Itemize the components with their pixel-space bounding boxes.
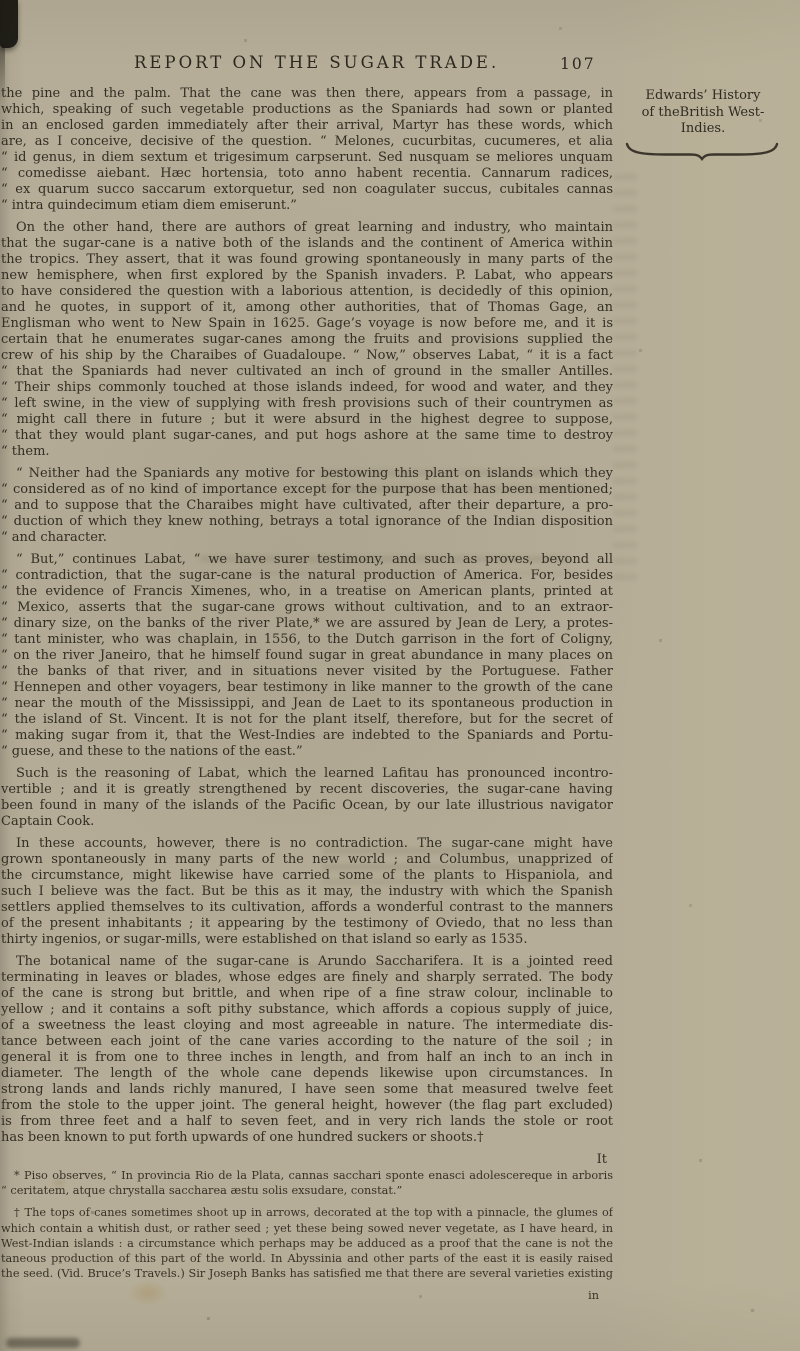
text-line: “ Neither had the Spaniards any motive f… [1,466,613,482]
text-line: Englisman who went to New Spain in 1625.… [1,316,613,332]
page-title: REPORT ON THE SUGAR TRADE. [134,53,499,72]
text-line: such I believe was the fact. But be this… [1,884,613,900]
paragraph: the pine and the palm. That the cane was… [1,86,613,214]
ink-bleedthrough [613,170,637,590]
text-line: the tropics. They assert, that it was fo… [1,252,613,268]
text-line: settlers applied themselves to its culti… [1,900,613,916]
text-line: and he quotes, in support of it, among o… [1,300,613,316]
text-line: “ left swine, in the view of supplying w… [1,396,613,412]
text-line: “ intra quindecimum etiam diem emiserunt… [1,198,613,214]
text-line: which, speaking of such vegetable produc… [1,102,613,118]
text-line: to have considered the question with a l… [1,284,613,300]
text-line: “ the evidence of Francis Ximenes, who, … [1,584,613,600]
text-line: On the other hand, there are authors of … [1,220,613,236]
paragraph: On the other hand, there are authors of … [1,220,613,460]
footnotes: * Piso observes, “ In provincia Rio de l… [1,1168,613,1304]
text-line: crew of his ship by the Charaibes of Gua… [1,348,613,364]
text-line: the pine and the palm. That the cane was… [1,86,613,102]
margin-brace-icon [624,141,780,161]
margin-note: Edwards’ History of theBritish West- Ind… [614,88,792,138]
body-text: the pine and the palm. That the cane was… [1,86,613,1168]
scan-corner-artifact [0,0,18,48]
text-line: “ dinary size, on the banks of the river… [1,616,613,632]
text-line: “ near the mouth of the Mississippi, and… [1,696,613,712]
text-line: of a sweetness the least cloying and mos… [1,1018,613,1034]
footnote-line: West-Indian islands : a circumstance whi… [1,1236,613,1251]
text-line: Captain Cook. [1,814,613,830]
text-line: tance between each joint of the cane var… [1,1034,613,1050]
page-number: 107 [560,55,596,73]
margin-note-line: Indies. [614,121,792,138]
footnote-catchword: in [1,1288,613,1303]
text-line: In these accounts, however, there is no … [1,836,613,852]
text-line: the circumstance, might likewise have ca… [1,868,613,884]
text-line: grown spontaneously in many parts of the… [1,852,613,868]
text-line: been found in many of the islands of the… [1,798,613,814]
body-catchword: It [1,1152,613,1168]
footnote-line: the seed. (Vid. Bruce’s Travels.) Sir Jo… [1,1266,613,1281]
text-line: terminating in leaves or blades, whose e… [1,970,613,986]
text-line: “ that the Spaniards had never cultivate… [1,364,613,380]
text-line: “ Mexico, asserts that the sugar-cane gr… [1,600,613,616]
text-line: strong lands and lands richly manured, I… [1,1082,613,1098]
footnote-line: “ ceritatem, atque chrystalla saccharea … [1,1183,613,1198]
text-line: “ and to suppose that the Charaibes migh… [1,498,613,514]
margin-note-line: of theBritish West- [614,105,792,122]
text-line: that the sugar-cane is a native both of … [1,236,613,252]
text-line: “ contradiction, that the sugar-cane is … [1,568,613,584]
page-scan: REPORT ON THE SUGAR TRADE. 107 Edwards’ … [0,0,800,1351]
text-line: has been known to put forth upwards of o… [1,1130,613,1146]
text-line: “ duction of which they knew nothing, be… [1,514,613,530]
text-line: “ them. [1,444,613,460]
footnote-line: taneous production of this part of the w… [1,1251,613,1266]
text-line: Such is the reasoning of Labat, which th… [1,766,613,782]
text-line: of the present inhabitants ; it appearin… [1,916,613,932]
text-line: of the cane is strong but brittle, and w… [1,986,613,1002]
text-line: “ But,” continues Labat, “ we have surer… [1,552,613,568]
text-line: “ ex quarum succo saccarum extorquetur, … [1,182,613,198]
text-line: general it is from one to three inches i… [1,1050,613,1066]
text-line: “ id genus, in diem sextum et trigesimum… [1,150,613,166]
paper-specks [0,0,1,1]
text-line: “ tant minister, who was chaplain, in 15… [1,632,613,648]
text-line: “ the banks of that river, and in situat… [1,664,613,680]
text-line: thirty ingenios, or sugar-mills, were es… [1,932,613,948]
text-line: yellow ; and it contains a soft pithy su… [1,1002,613,1018]
paragraph: The botanical name of the sugar-cane is … [1,954,613,1146]
text-line: “ Their ships commonly touched at those … [1,380,613,396]
footnote-line: * Piso observes, “ In provincia Rio de l… [1,1168,613,1183]
text-line: “ that they would plant sugar-canes, and… [1,428,613,444]
text-line: The botanical name of the sugar-cane is … [1,954,613,970]
footnote: * Piso observes, “ In provincia Rio de l… [1,1168,613,1198]
text-line: “ considered as of no kind of importance… [1,482,613,498]
footnote-line: † The tops of canes sometimes shoot up i… [1,1205,613,1220]
footnote-line: which contain a whitish dust, or rather … [1,1221,613,1236]
margin-note-line: Edwards’ History [614,88,792,105]
text-line: “ on the river Janeiro, that he himself … [1,648,613,664]
paragraph: “ But,” continues Labat, “ we have surer… [1,552,613,760]
paragraph: “ Neither had the Spaniards any motive f… [1,466,613,546]
text-line: “ might call there in future ; but it we… [1,412,613,428]
text-line: in an enclosed garden immediately after … [1,118,613,134]
text-line: are, as I conceive, decisive of the ques… [1,134,613,150]
text-line: “ comedisse aiebant. Hæc hortensia, toto… [1,166,613,182]
text-line: diameter. The length of the whole cane d… [1,1066,613,1082]
text-line: new hemisphere, when first explored by t… [1,268,613,284]
text-line: “ making sugar from it, that the West-In… [1,728,613,744]
text-line: “ and character. [1,530,613,546]
paragraph: In these accounts, however, there is no … [1,836,613,948]
text-line: from the stole to the upper joint. The g… [1,1098,613,1114]
footnote: † The tops of canes sometimes shoot up i… [1,1205,613,1281]
text-line: “ the island of St. Vincent. It is not f… [1,712,613,728]
text-line: “ Hennepen and other voyagers, bear test… [1,680,613,696]
text-line: is from three feet and a half to seven f… [1,1114,613,1130]
text-line: “ guese, and these to the nations of the… [1,744,613,760]
scan-smudge-artifact [6,1338,80,1348]
paragraph: Such is the reasoning of Labat, which th… [1,766,613,830]
text-line: certain that he enumerates sugar-canes a… [1,332,613,348]
text-line: vertible ; and it is greatly strengthene… [1,782,613,798]
